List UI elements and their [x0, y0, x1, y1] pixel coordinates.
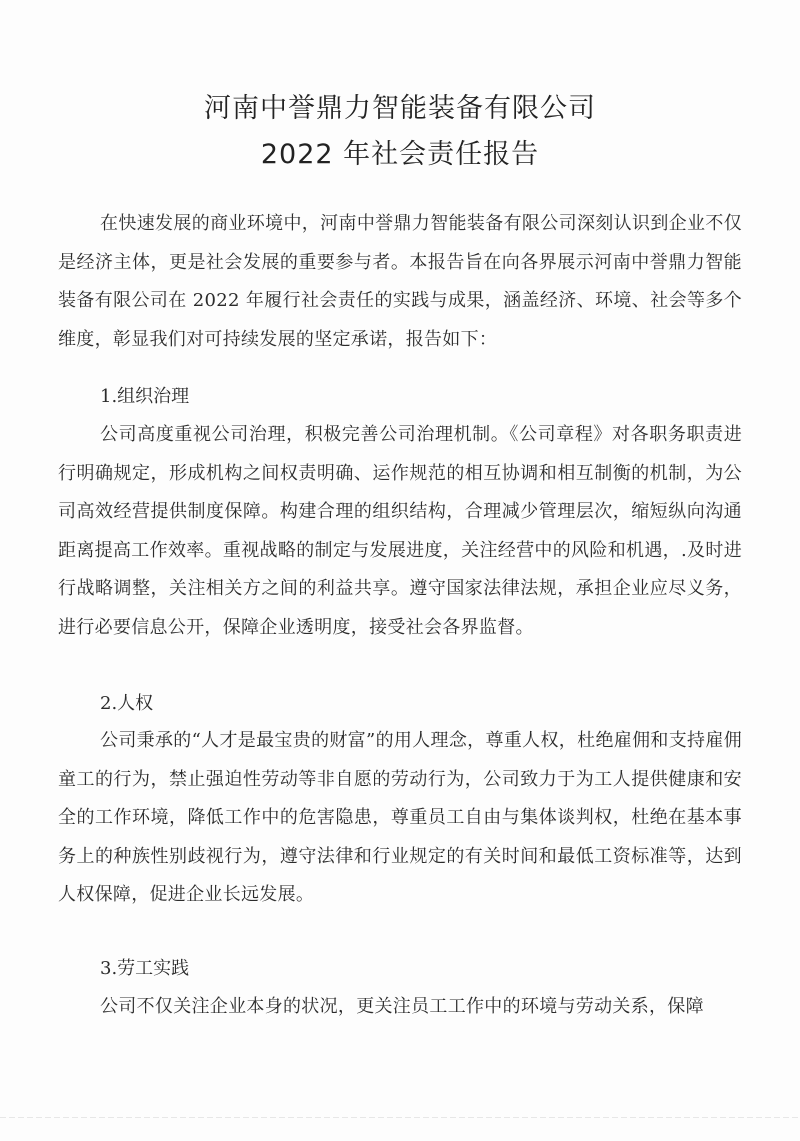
section-body-labor-practice: 公司不仅关注企业本身的状况，更关注员工工作中的环境与劳动关系，保障	[58, 988, 742, 1027]
section-heading-governance: 1.组织治理	[100, 382, 189, 412]
section-heading-human-rights: 2.人权	[100, 689, 153, 719]
section-heading-labor-practice: 3.劳工实践	[100, 954, 189, 984]
scan-artifact-line	[0, 1117, 800, 1118]
intro-paragraph: 在快速发展的商业环境中，河南中誉鼎力智能装备有限公司深刻认识到企业不仅是经济主体…	[58, 205, 742, 359]
section-body-human-rights: 公司秉承的“人才是最宝贵的财富”的用人理念，尊重人权，杜绝雇佣和支持雇佣童工的行…	[58, 722, 742, 915]
document-title-report: 2022 年社会责任报告	[0, 132, 800, 171]
section-body-governance: 公司高度重视公司治理，积极完善公司治理机制。《公司章程》对各职务职责进行明确规定…	[58, 416, 742, 647]
document-title-company: 河南中誉鼎力智能装备有限公司	[0, 86, 800, 125]
document-page: 河南中誉鼎力智能装备有限公司 2022 年社会责任报告 在快速发展的商业环境中，…	[0, 0, 800, 1141]
